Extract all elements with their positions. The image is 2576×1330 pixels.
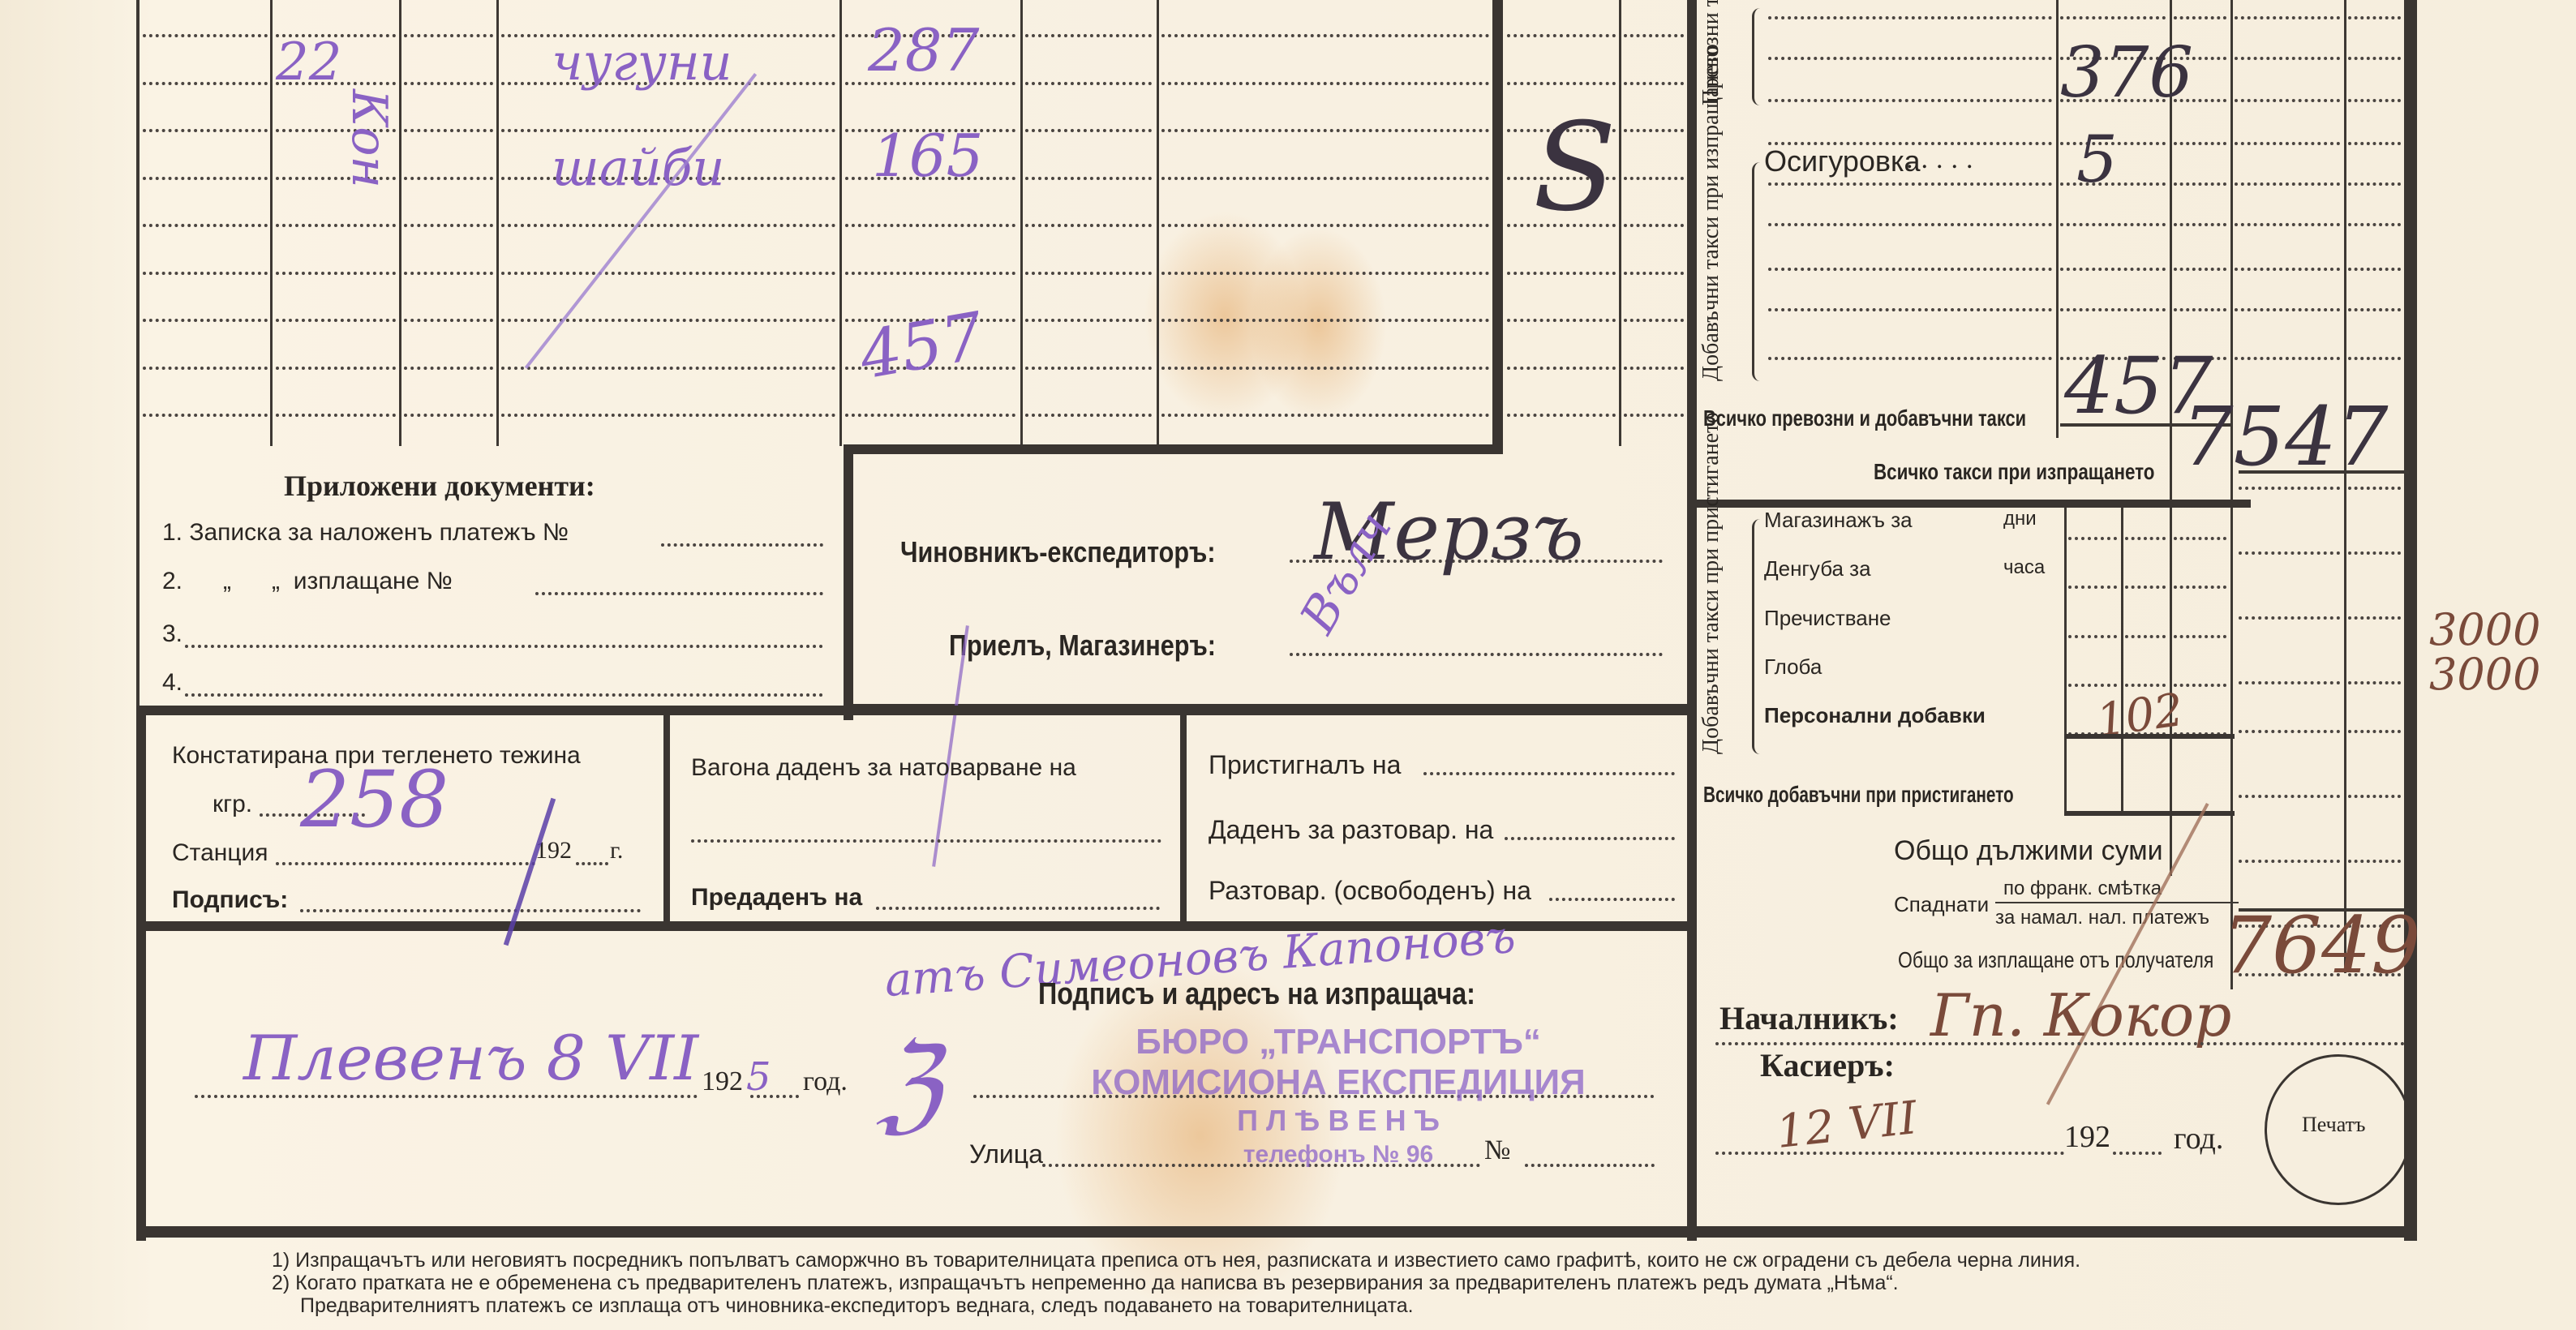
dotted-rule [1768, 268, 2052, 271]
dotted-rule [143, 414, 268, 417]
dotted-rule [404, 129, 493, 132]
dotted-rule [2348, 142, 2401, 145]
dotted-rule [2348, 223, 2401, 226]
dotted-rule [2348, 616, 2401, 620]
packages-count: 22 [276, 32, 341, 92]
payable-value: 7649 [2222, 900, 2420, 991]
dotted-rule [1507, 272, 1616, 275]
dotted-rule [845, 272, 1015, 275]
dotted-rule [2239, 860, 2340, 863]
dotted-rule [2068, 537, 2117, 540]
dotted-rule [2348, 182, 2401, 186]
sender-title: Подписъ и адресъ на изпращача: [1038, 977, 1475, 1012]
place-date-handwritten: Плевенъ 8 VII [243, 1022, 698, 1094]
right-column-mark: S [1533, 97, 1616, 238]
arrival-total-label: Всичко добавъчни при пристигането [1703, 782, 2014, 808]
dotted-rule [276, 224, 396, 227]
dotted-rule [2235, 57, 2340, 60]
dotted-rule [2239, 795, 2340, 798]
dotted-rule [1025, 272, 1152, 275]
dotted-rule [1624, 319, 1684, 322]
unloaded-label: Разтовар. (освободенъ) на [1209, 876, 1531, 906]
stamp-line-3: П Л Ѣ В Е Н Ъ [1014, 1103, 1663, 1139]
attached-item-3: 3. [162, 620, 182, 648]
dotted-rule [1025, 367, 1152, 370]
dotted-rule [276, 319, 396, 322]
dotted-rule [276, 272, 396, 275]
clerk-label: Чиновникъ-експедиторъ: [900, 535, 1216, 569]
dotted-rule [2174, 308, 2226, 311]
total-due-label: Общо дължими суми [1894, 835, 2163, 867]
stain [1249, 227, 1387, 422]
weight-1: 287 [868, 16, 979, 84]
dotted-rule [1507, 34, 1616, 37]
dotted-rule [2068, 586, 2117, 589]
dotted-rule [2060, 16, 2166, 19]
chief-label: Началникъ: [1719, 999, 1899, 1037]
insurance-label: Осигуровка [1764, 144, 1921, 178]
dotted-rule [1161, 82, 1489, 85]
attached-item-2: 2. „ „ изплащане № [162, 568, 453, 595]
dotted-rule [2239, 551, 2340, 555]
marking: Кон [341, 89, 397, 188]
arrival-item-label: Глоба [1764, 654, 1822, 680]
dotted-rule [1025, 319, 1152, 322]
dotted-rule [501, 414, 835, 417]
dotted-rule [2348, 99, 2401, 102]
chief-signature: Гп. Кокор [1930, 981, 2231, 1049]
dotted-rule [1624, 272, 1684, 275]
total-dispatch-label: Всичко такси при изпращането [1874, 459, 2155, 485]
dotted-rule [2125, 586, 2166, 589]
arrival-item-label: Персонални добавки [1764, 703, 1986, 728]
cashier-label: Касиеръ: [1760, 1046, 1895, 1084]
arrival-item-label: Денгуба за [1764, 556, 1871, 581]
dotted-rule [1624, 34, 1684, 37]
dotted-rule [1624, 367, 1684, 370]
dotted-rule [276, 414, 396, 417]
dotted-rule [1624, 414, 1684, 417]
dotted-rule [1507, 82, 1616, 85]
wagon-given-label: Вагона даденъ за натоварване на [691, 754, 1076, 782]
dotted-rule [1624, 177, 1684, 180]
margin-note-2: 3000 [2429, 649, 2540, 700]
dotted-rule [2235, 357, 2340, 360]
year-prefix: 192 [2064, 1119, 2110, 1155]
dotted-rule [1768, 182, 2052, 186]
sender-year-prefix: 192 [702, 1066, 743, 1097]
dotted-rule [2235, 142, 2340, 145]
dotted-rule [2125, 635, 2166, 638]
dotted-rule [1025, 224, 1152, 227]
footnote-1: 1) Изпращачътъ или неговиятъ посредникъ … [272, 1249, 2080, 1272]
dotted-rule [1768, 308, 2052, 311]
dotted-rule [2235, 268, 2340, 271]
dotted-rule [1161, 272, 1489, 275]
attached-item-1: 1. Записка за наложенъ платежъ № [162, 519, 569, 547]
dotted-rule [2174, 684, 2226, 687]
arrival-item-suffix: дни [2003, 508, 2037, 530]
seal-label: Печатъ [2302, 1113, 2365, 1137]
dotted-rule [143, 367, 268, 370]
dotted-rule [501, 224, 835, 227]
dotted-rule [143, 34, 268, 37]
deduct-label: Спаднати [1894, 892, 1989, 917]
total-transport-extra-label: Всичко превозни и добавъчни такси [1703, 405, 2026, 431]
dotted-rule [2235, 308, 2340, 311]
dotted-rule [2239, 616, 2340, 620]
dotted-rule [1624, 129, 1684, 132]
dotted-rule [2348, 795, 2401, 798]
station-year-suffix: г. [610, 837, 623, 865]
dotted-rule [404, 82, 493, 85]
dotted-rule [404, 177, 493, 180]
dotted-rule [2348, 730, 2401, 733]
weight-2: 165 [872, 122, 983, 190]
station-label: Станция [172, 839, 268, 867]
dotted-rule [2068, 635, 2117, 638]
dotted-rule [1768, 357, 2052, 360]
deduct-option-2: за намал. нал. платежъ [1995, 907, 2209, 929]
dotted-rule [845, 414, 1015, 417]
arrival-item-suffix: часа [2003, 556, 2045, 579]
dotted-rule [2060, 308, 2166, 311]
dotted-rule [1768, 57, 2052, 60]
dotted-rule [2348, 16, 2401, 19]
dotted-rule [2174, 182, 2226, 186]
dotted-rule [1507, 367, 1616, 370]
dotted-rule [2348, 487, 2401, 490]
dotted-rule [404, 224, 493, 227]
dotted-rule [2348, 860, 2401, 863]
unload-given-label: Даденъ за разтовар. на [1209, 815, 1493, 845]
dotted-rule [143, 319, 268, 322]
dotted-rule [2174, 635, 2226, 638]
stamp-line-4: телефонъ № 96 [1014, 1139, 1663, 1171]
dotted-rule [2174, 537, 2226, 540]
dotted-rule [1768, 16, 2052, 19]
dotted-rule [2348, 308, 2401, 311]
footnote-3: Предварителниятъ платежъ се изплаща отъ … [300, 1294, 1414, 1318]
dotted-rule [143, 272, 268, 275]
dotted-rule [1161, 367, 1489, 370]
dotted-rule [404, 414, 493, 417]
dotted-rule [501, 129, 835, 132]
dotted-rule [1507, 319, 1616, 322]
arrival-item-label: Магазинажъ за [1764, 508, 1913, 533]
dotted-rule [143, 224, 268, 227]
dotted-rule [1025, 414, 1152, 417]
dotted-rule [2060, 223, 2166, 226]
company-stamp: БЮРО „ТРАНСПОРТЪ“ КОМИСИОНА ЕКСПЕДИЦИЯ П… [1014, 1022, 1663, 1171]
dotted-rule [2174, 142, 2226, 145]
attached-documents-title: Приложени документи: [284, 469, 595, 503]
total-dispatch-value: 7547 [2182, 389, 2389, 484]
dotted-rule [143, 82, 268, 85]
dotted-rule [404, 367, 493, 370]
sender-year-handwritten: 5 [746, 1054, 771, 1100]
dotted-rule [2125, 537, 2166, 540]
dotted-rule [1161, 224, 1489, 227]
insurance-value: 5 [2076, 122, 2118, 197]
dotted-rule [501, 272, 835, 275]
arrival-item-label: Пречистване [1764, 606, 1891, 631]
dotted-rule [2174, 268, 2226, 271]
dotted-rule [2348, 57, 2401, 60]
dotted-rule [143, 129, 268, 132]
dotted-rule [2348, 268, 2401, 271]
dotted-rule [2235, 16, 2340, 19]
dotted-rule [2239, 730, 2340, 733]
footnote-2: 2) Когато пратката не е обременена съ пр… [272, 1272, 1899, 1295]
weighing-signature-label: Подписъ: [172, 886, 288, 914]
dotted-rule [2348, 681, 2401, 684]
dotted-rule [1025, 177, 1152, 180]
handed-label: Предаденъ на [691, 884, 862, 912]
dotted-rule [143, 177, 268, 180]
dotted-rule [1161, 34, 1489, 37]
dotted-rule [2239, 681, 2340, 684]
dotted-rule [2174, 223, 2226, 226]
dotted-rule [2348, 357, 2401, 360]
dotted-rule [404, 34, 493, 37]
dotted-rule [1161, 129, 1489, 132]
description-line-1: чугуни [552, 32, 732, 92]
margin-note-1: 3000 [2429, 604, 2540, 655]
dotted-rule [1768, 223, 2052, 226]
dotted-rule [2174, 586, 2226, 589]
transport-value: 376 [2060, 32, 2193, 114]
dotted-rule [1025, 129, 1152, 132]
arrival-charges-section-label: Добавъчни такси при пристигането [1699, 511, 1753, 754]
dotted-rule [276, 367, 396, 370]
dotted-rule [1161, 177, 1489, 180]
kg-value: 258 [300, 754, 449, 845]
dotted-rule [2060, 268, 2166, 271]
dotted-rule [1624, 224, 1684, 227]
dotted-rule [2235, 182, 2340, 186]
dotted-rule [1161, 414, 1489, 417]
dotted-rule [845, 224, 1015, 227]
sender-signature: ℨ [876, 1022, 941, 1145]
dotted-rule [1507, 414, 1616, 417]
deduct-option-1: по франк. смѣтка [2003, 877, 2162, 900]
dotted-rule [2235, 223, 2340, 226]
dotted-rule [1161, 319, 1489, 322]
section-dispatch-extra-label: Добавъчни такси при изпращането [1699, 162, 1753, 381]
payable-label: Общо за изплащане отъ получателя [1898, 947, 2213, 973]
sender-year-suffix: год. [803, 1066, 848, 1097]
dotted-rule [2239, 487, 2340, 490]
dotted-rule [404, 272, 493, 275]
stamp-line-2: КОМИСИОНА ЕКСПЕДИЦИЯ [1014, 1062, 1663, 1103]
dotted-rule [2174, 16, 2226, 19]
stamp-line-1: БЮРО „ТРАНСПОРТЪ“ [1014, 1022, 1663, 1062]
arrived-label: Пристигналъ на [1209, 750, 1401, 780]
dotted-rule [2235, 99, 2340, 102]
dotted-rule [2068, 684, 2117, 687]
dotted-rule [1624, 82, 1684, 85]
dotted-rule [1768, 99, 2052, 102]
kg-label: кгр. [213, 791, 252, 818]
dotted-rule [1025, 82, 1152, 85]
dotted-rule [1025, 34, 1152, 37]
dotted-rule [501, 367, 835, 370]
dotted-rule [404, 319, 493, 322]
attached-item-4: 4. [162, 669, 182, 697]
dotted-rule [501, 319, 835, 322]
dotted-rule [2348, 551, 2401, 555]
year-suffix: год. [2174, 1121, 2223, 1156]
received-label: Приелъ, Магазинеръ: [949, 629, 1216, 663]
